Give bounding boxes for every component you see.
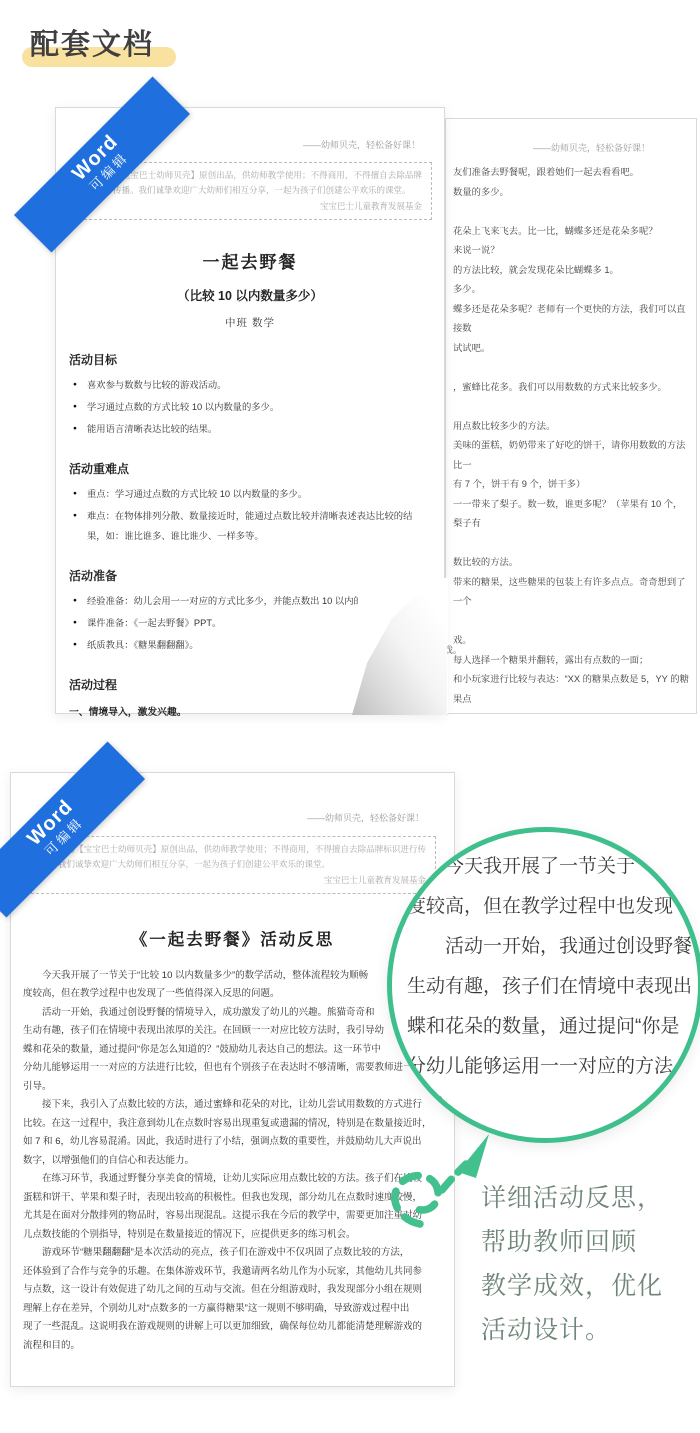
keypoints-list: 重点：学习通过点数的方式比较 10 以内数量的多少。 难点：在物体排列分散、数量… xyxy=(73,484,444,546)
goal-item: 能用语言清晰表达比较的结果。 xyxy=(73,419,430,439)
section-header: 配套文档 xyxy=(30,22,154,63)
caption-text: 详细活动反思， 帮助教师回顾 教学成效，优化 活动设计。 xyxy=(481,1176,700,1352)
copyright-notice-signature: 宝宝巴士儿童教育发展基金 xyxy=(41,873,426,888)
goals-heading: 活动目标 xyxy=(69,351,444,368)
keypoint-item: 难点：在物体排列分散、数量接近时，能通过点数比较并清晰表述表达比较的结果，如：谁… xyxy=(73,506,430,546)
doc1-title: 一起去野餐 xyxy=(56,248,444,273)
magnified-text: 今天我开展了一节关于 度较高，但在教学过程中也发现 活动一开始，我通过创设野餐 … xyxy=(392,832,700,1127)
copyright-notice-signature: 宝宝巴士儿童教育发展基金 xyxy=(79,199,422,214)
doc1-subtitle: （比较 10 以内数量多少） xyxy=(56,286,444,304)
copyright-notice-text: 本内容为【宝宝巴士幼师贝壳】原创出品，供幼师教学使用；不得商用，不得擅自去除品牌… xyxy=(79,170,422,195)
doc1-page2-preview[interactable]: ——幼师贝壳，轻松备好课！ 友们准备去野餐呢，跟着她们一起去看看吧。 数量的多少… xyxy=(445,118,697,714)
copyright-notice-text: 本内容为【宝宝巴士幼师贝壳】原创出品，供幼师教学使用；不得商用，不得擅自去除品牌… xyxy=(41,844,426,869)
doc1-grade-subject: 中班 数学 xyxy=(56,315,444,330)
doc1-page2-slogan: ——幼师贝壳，轻松备好课！ xyxy=(446,141,650,154)
goal-item: 学习通过点数的方式比较 10 以内数量的多少。 xyxy=(73,397,430,417)
doc2-body-text: 今天我开展了一节关于“比较 10 以内数量多少”的数学活动，整体流程较为顺畅 度… xyxy=(23,967,434,1356)
page-title: 配套文档 xyxy=(30,22,154,63)
keypoint-item: 重点：学习通过点数的方式比较 10 以内数量的多少。 xyxy=(73,484,430,504)
goals-list: 喜欢参与数数与比较的游戏活动。 学习通过点数的方式比较 10 以内数量的多少。 … xyxy=(73,375,444,439)
goal-item: 喜欢参与数数与比较的游戏活动。 xyxy=(73,375,430,395)
copyright-notice-box: 本内容为【宝宝巴士幼师贝壳】原创出品，供幼师教学使用；不得商用，不得擅自去除品牌… xyxy=(31,836,436,894)
magnifier-circle: 今天我开展了一节关于 度较高，但在教学过程中也发现 活动一开始，我通过创设野餐 … xyxy=(387,827,700,1143)
doc2-title: 《一起去野餐》活动反思 xyxy=(11,926,454,950)
keypoints-heading: 活动重难点 xyxy=(69,460,444,477)
doc1-page2-text: 友们准备去野餐呢，跟着她们一起去看看吧。 数量的多少。 花朵上飞来飞去。比一比，… xyxy=(453,163,690,714)
doc2-page-preview[interactable]: Word 可编辑 ——幼师贝壳，轻松备好课！ 本内容为【宝宝巴士幼师贝壳】原创出… xyxy=(10,772,455,1387)
